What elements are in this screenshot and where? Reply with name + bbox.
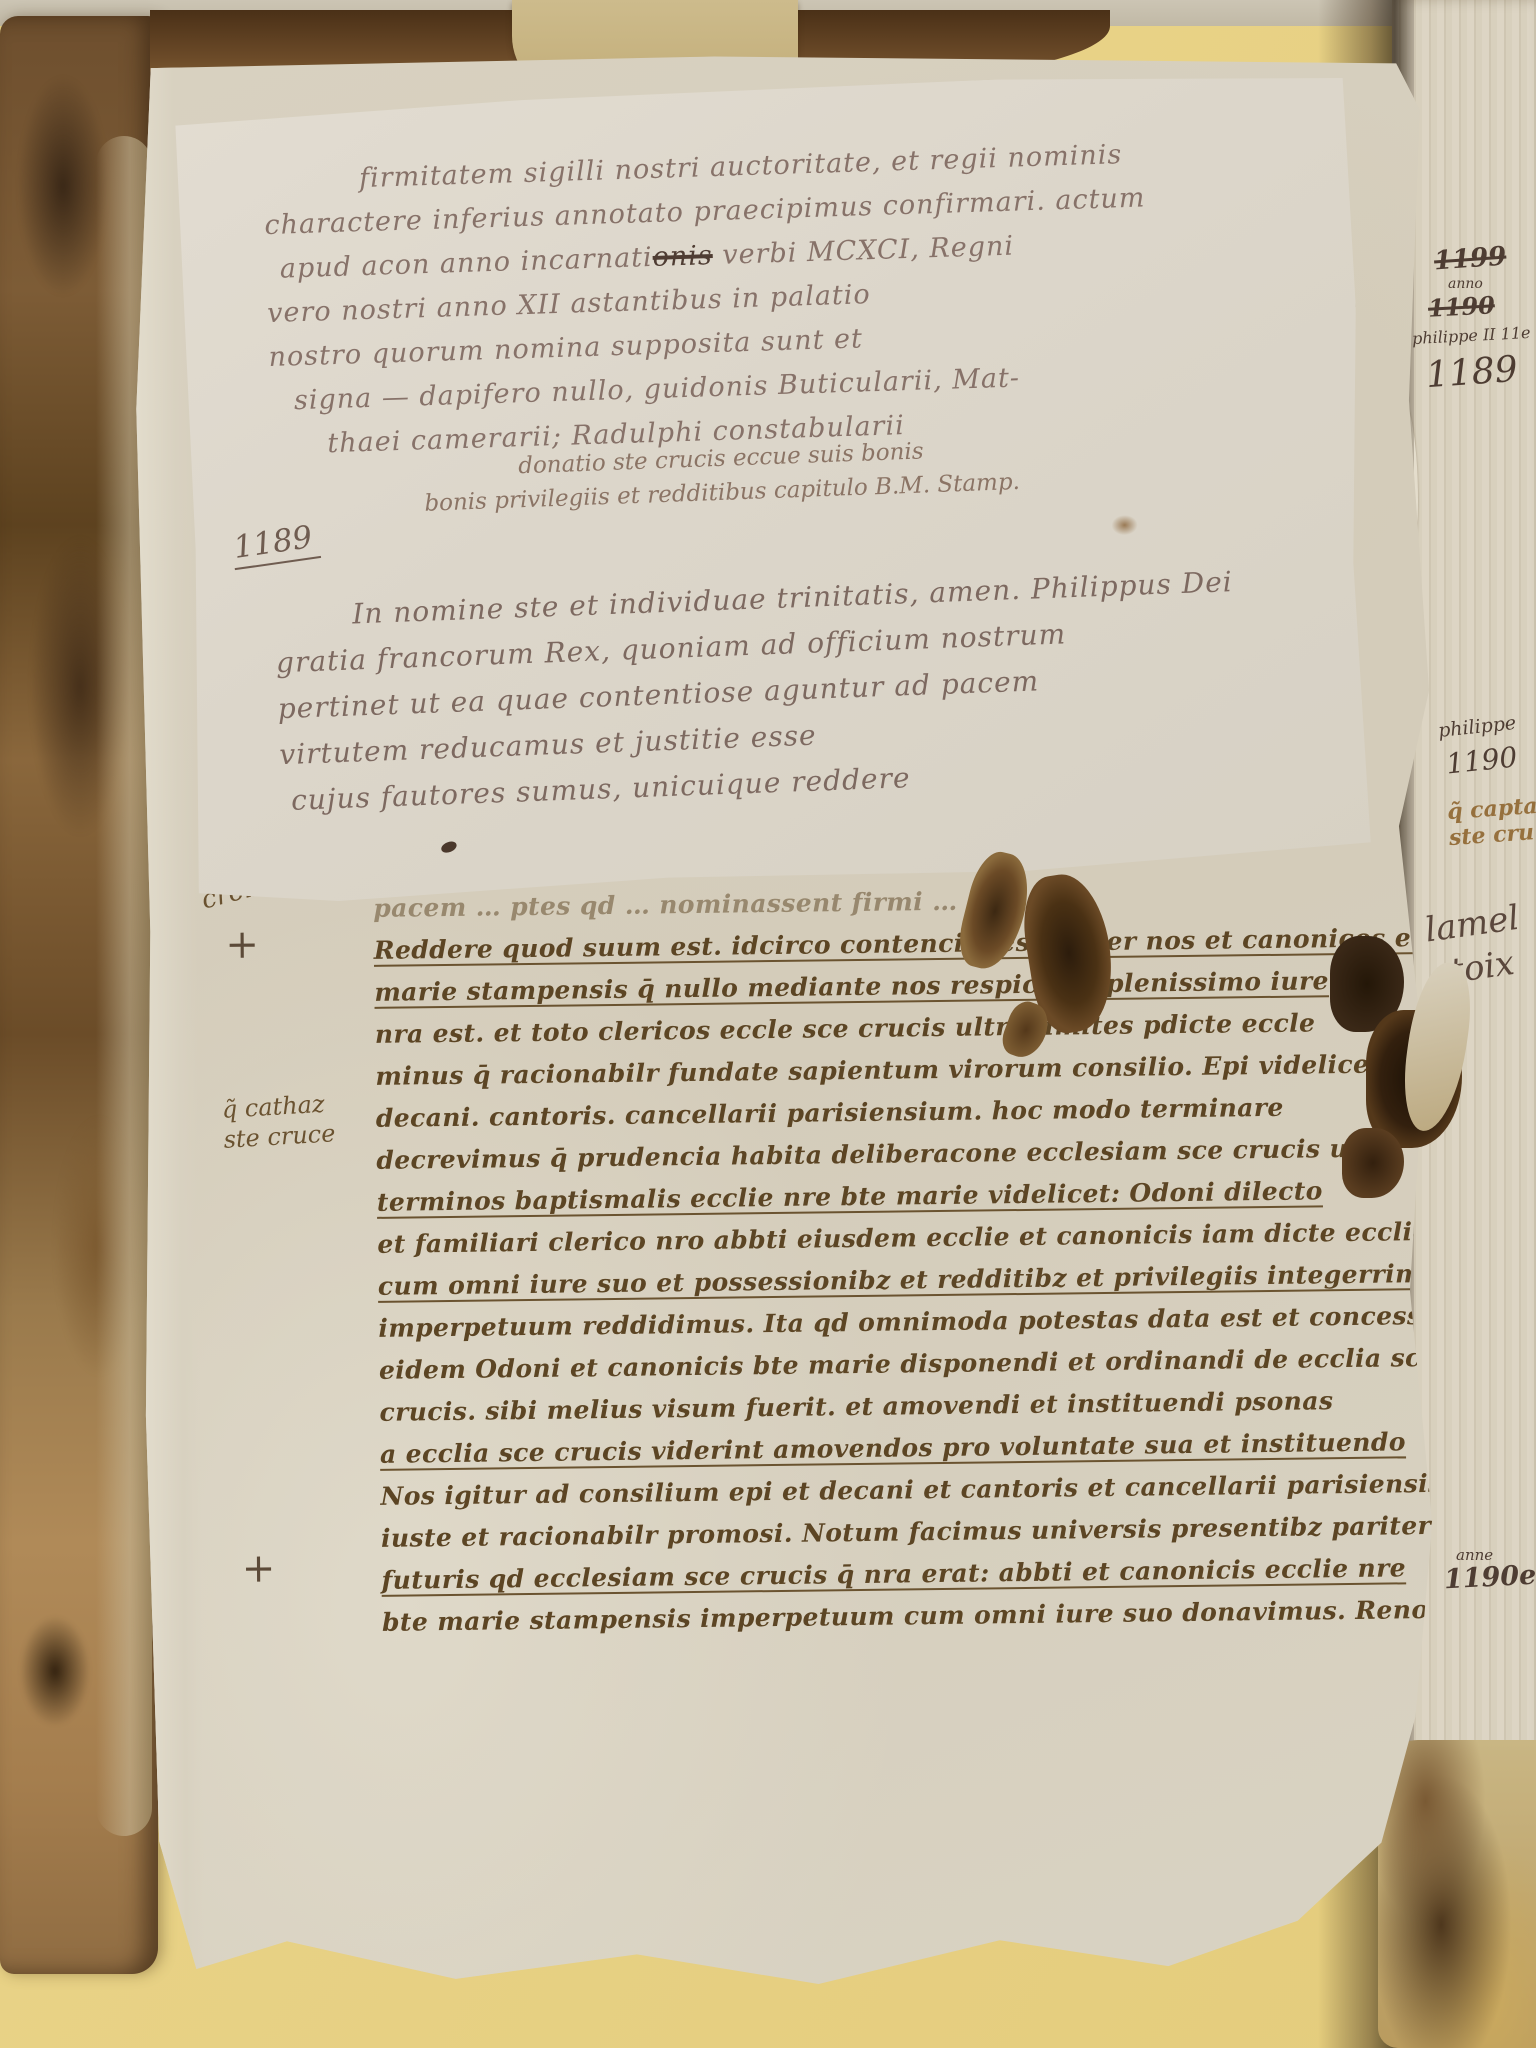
annotation-year-bottom: 1190e — [1443, 1560, 1536, 1596]
manuscript-photo: 1199 anno 1190 philippe II 11e 1189 phil… — [0, 0, 1536, 2048]
annotation-philippe-mid: philippe — [1437, 712, 1517, 742]
line-text: apud acon anno incarnati — [279, 242, 653, 285]
leather-spine — [0, 16, 158, 1974]
worn-binding-corner — [1378, 1740, 1536, 2048]
transcription-sheet: firmitatem sigilli nostri auctoritate, e… — [168, 67, 1377, 910]
leather-stain — [18, 76, 108, 296]
struck-word: onis — [652, 240, 713, 273]
leather-stain — [20, 1616, 90, 1726]
annotation-philippe: philippe II 11e — [1412, 323, 1531, 348]
rubric-line: ste cru — [1448, 819, 1536, 851]
ink-mark — [440, 839, 459, 854]
annotation-rubric: q̃ capta ste cru — [1446, 793, 1536, 851]
annotation-anno: anno — [1448, 276, 1483, 292]
margin-note-line: ste cruce — [223, 1118, 336, 1155]
annotation-year-struck: 1190 — [1427, 290, 1495, 322]
charter-margin-note: q̃ cathaz ste cruce — [221, 1088, 336, 1155]
annotation-year-1190: 1190 — [1444, 740, 1518, 780]
transcription-block-2: In nomine ste et individuae trinitatis, … — [274, 559, 1241, 824]
paper-stain — [1111, 515, 1138, 536]
charter-margin-cross: + — [242, 1546, 276, 1592]
annotation-year-struck: 1199 — [1433, 242, 1507, 277]
charter-margin-cross: + — [225, 922, 259, 968]
annotation-year-1189: 1189 — [1425, 349, 1519, 396]
transcription-block-1: firmitatem sigilli nostri auctoritate, e… — [262, 132, 1153, 468]
line-text: verbi MCXCI, Regni — [712, 231, 1014, 271]
